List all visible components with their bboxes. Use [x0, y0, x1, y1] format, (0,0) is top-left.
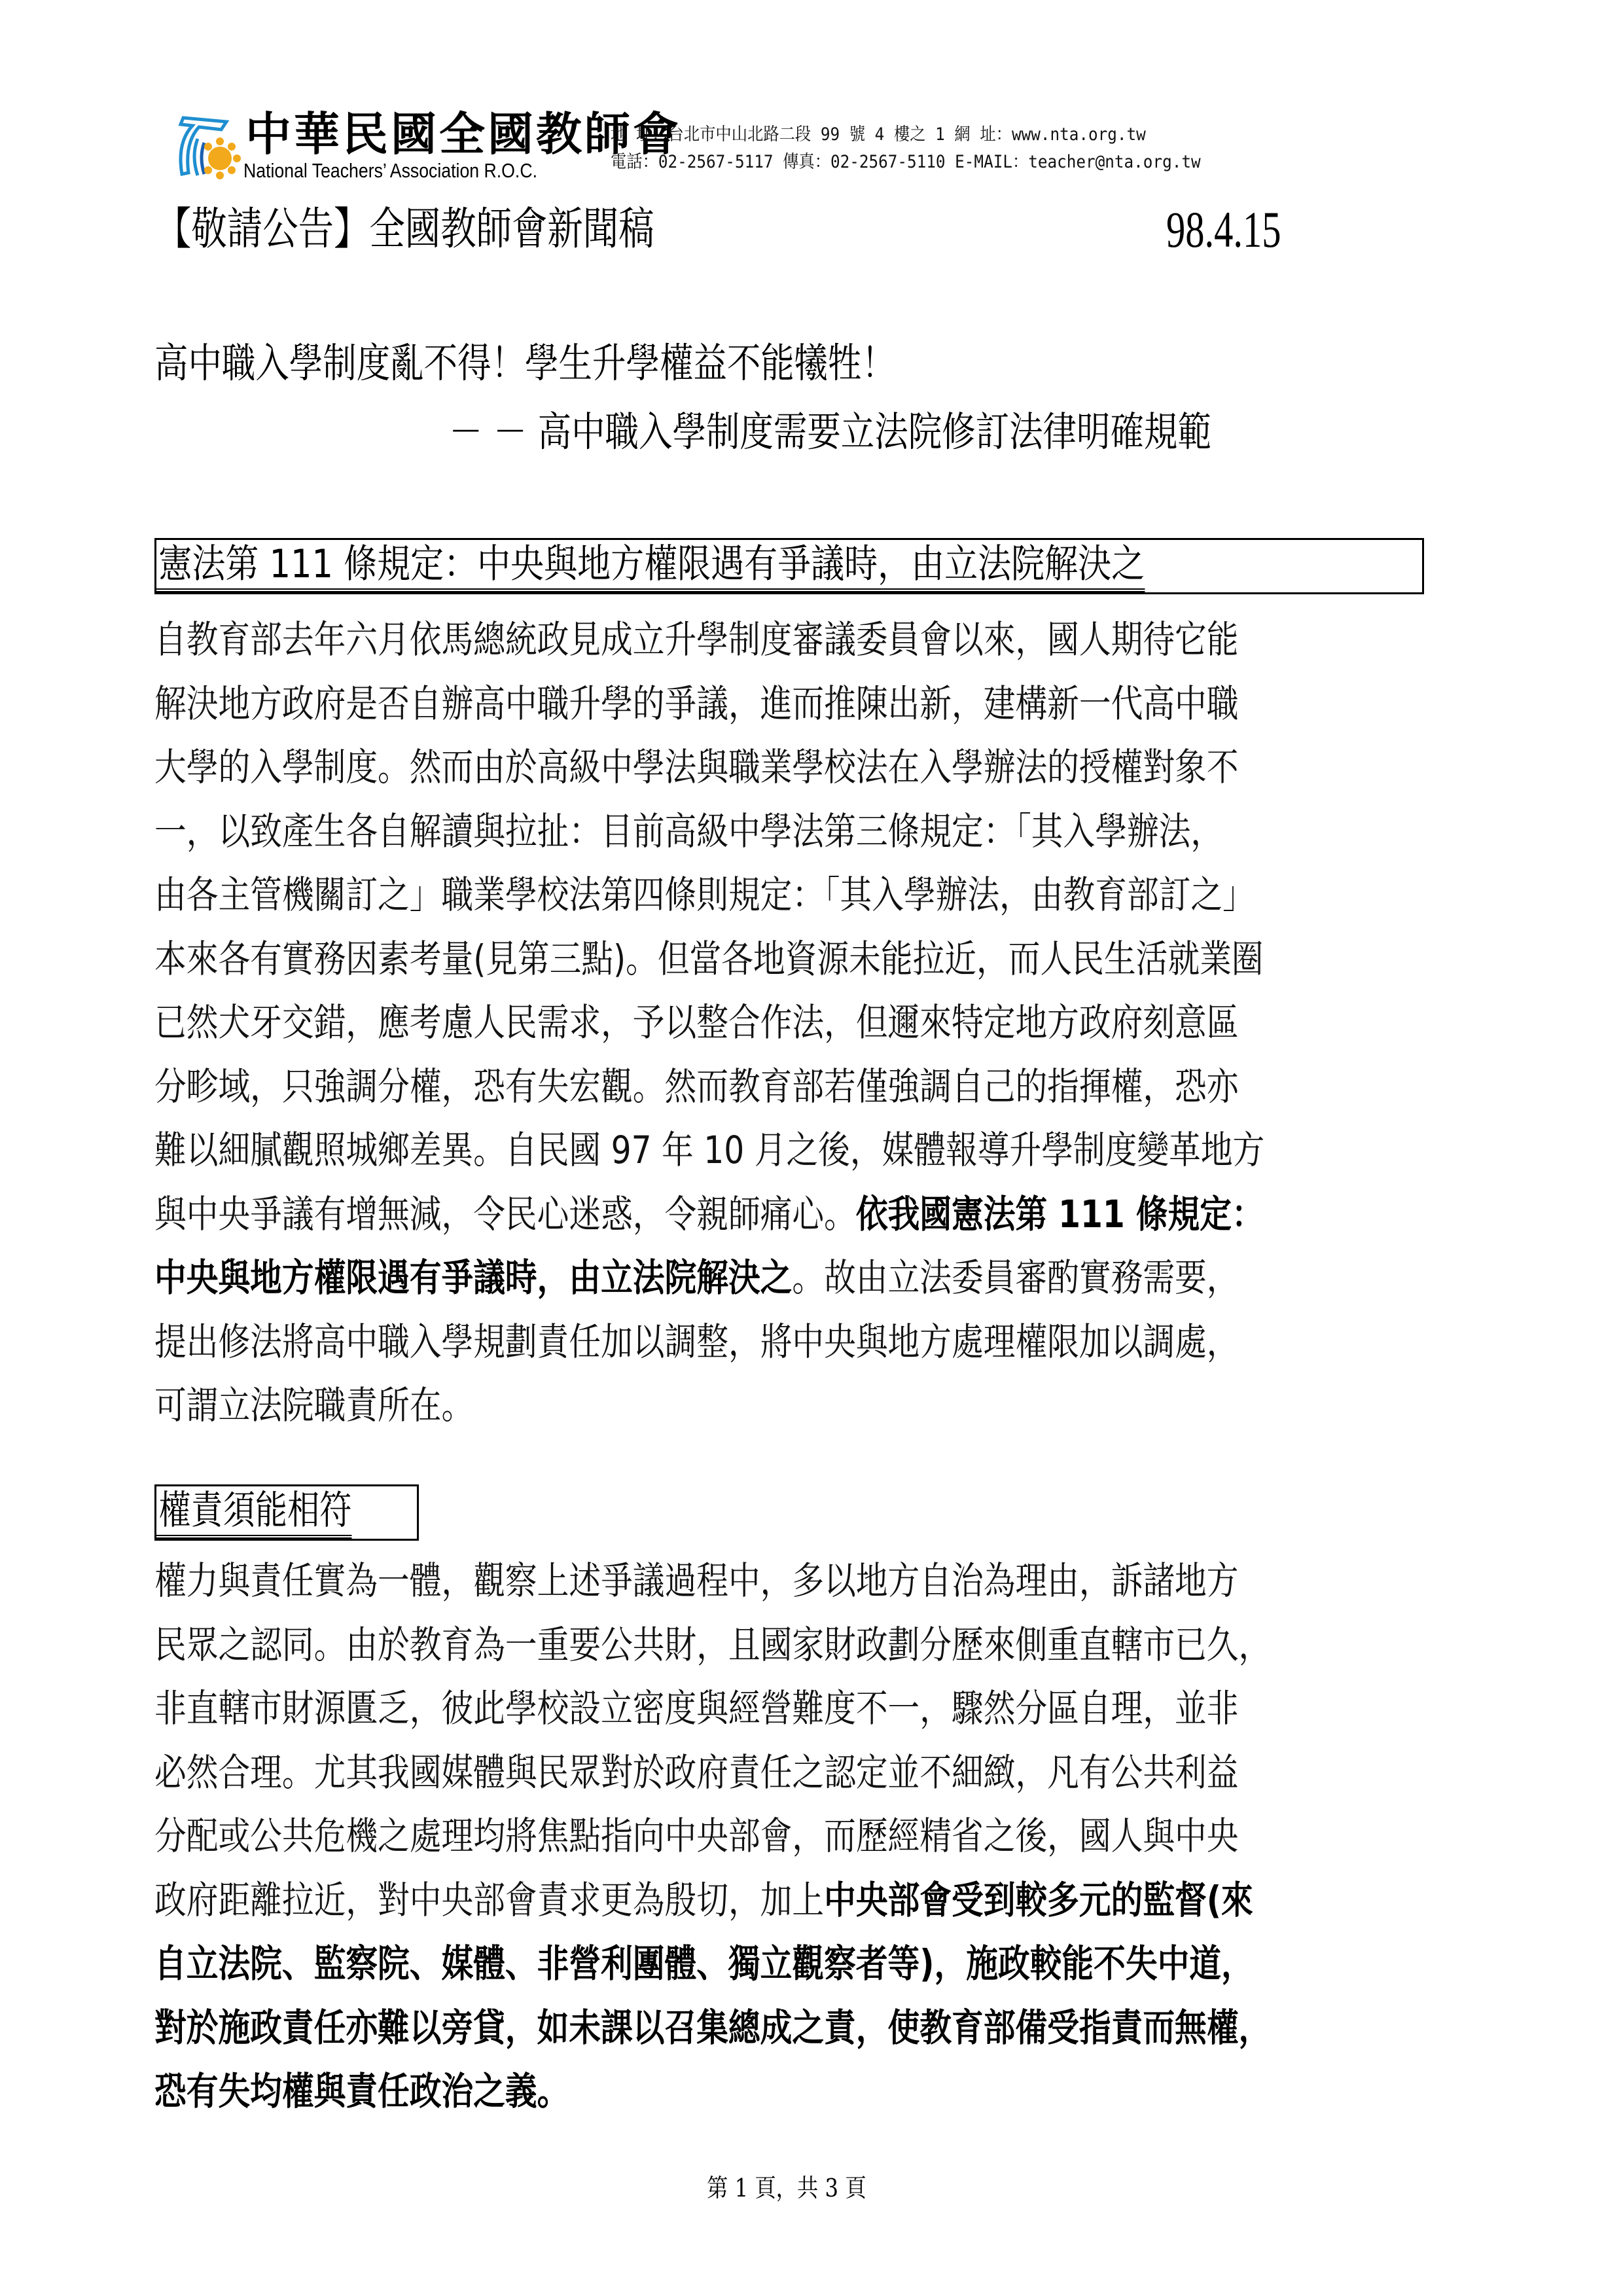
emphasized-text: 依我國憲法第 111 條規定： [856, 1192, 1264, 1236]
body-text: 分畛域，只強調分權，恐有失宏觀。然而教育部若僅強調自己的指揮權，恐亦 [154, 1064, 1238, 1109]
headline: 高中職入學制度亂不得！學生升學權益不能犧牲！ [154, 337, 895, 389]
paragraph-line: 權力與責任實為一體，觀察上述爭議過程中，多以地方自治為理由，訴諸地方 [154, 1558, 1238, 1604]
paragraph-line: 大學的入學制度。然而由於高級中學法與職業學校法在入學辦法的授權對象不 [154, 744, 1238, 790]
body-text: 非直轄市財源匱乏，彼此學校設立密度與經營難度不一，驟然分區自理，並非 [154, 1686, 1238, 1731]
announcement-date: 98.4.15 [1166, 200, 1281, 259]
body-text: 由各主管機關訂之」職業學校法第四條則規定：「其入學辦法，由教育部訂之」 [154, 872, 1255, 917]
paragraph-line: 難以細膩觀照城鄉差異。自民國 97 年 10 月之後，媒體報導升學制度變革地方 [154, 1127, 1264, 1173]
paragraph-line: 分配或公共危機之處理均將焦點指向中央部會，而歷經精省之後，國人與中央 [154, 1813, 1238, 1859]
section-heading-text: 憲法第 111 條規定：中央與地方權限遇有爭議時，由立法院解決之 [156, 540, 1145, 592]
paragraph-line: 已然犬牙交錯，應考慮人民需求，予以整合作法，但邇來特定地方政府刻意區 [154, 999, 1238, 1045]
section-heading-responsibility: 權責須能相符 [154, 1484, 419, 1541]
paragraph-line: 分畛域，只強調分權，恐有失宏觀。然而教育部若僅強調自己的指揮權，恐亦 [154, 1064, 1238, 1109]
paragraph-line: 自立法院、監察院、媒體、非營利團體、獨立觀察者等)，施政較能不失中道， [154, 1941, 1253, 1986]
body-text: 一，以致產生各自解讀與拉扯：目前高級中學法第三條規定：「其入學辦法， [154, 809, 1222, 853]
paragraph-line: 政府距離拉近，對中央部會責求更為殷切，加上中央部會受到較多元的監督(來 [154, 1877, 1253, 1923]
body-text: 必然合理。尤其我國媒體與民眾對於政府責任之認定並不細緻，凡有公共利益 [154, 1750, 1238, 1795]
body-text: 提出修法將高中職入學規劃責任加以調整，將中央與地方處理權限加以調處， [154, 1319, 1238, 1364]
org-name-english: National Teachers’ Association R.O.C. [243, 159, 537, 183]
emphasized-text: 中央與地方權限遇有爭議時，由立法院解決之 [154, 1255, 792, 1300]
paragraph-line: 恐有失均權與責任政治之義。 [154, 2068, 569, 2114]
body-text: 政府距離拉近，對中央部會責求更為殷切，加上 [154, 1878, 824, 1922]
emphasized-text: 自立法院、監察院、媒體、非營利團體、獨立觀察者等)，施政較能不失中道， [154, 1941, 1253, 1986]
page-indicator: 第 1 頁，共 3 頁 [707, 2173, 866, 2203]
contact-address-website: 地 址：台北市中山北路二段 99 號 4 樓之 1 網 址：www.nta.or… [611, 123, 1146, 147]
paragraph-line: 必然合理。尤其我國媒體與民眾對於政府責任之認定並不細緻，凡有公共利益 [154, 1749, 1238, 1795]
body-text: 分配或公共危機之處理均將焦點指向中央部會，而歷經精省之後，國人與中央 [154, 1814, 1238, 1858]
emphasized-text: 中央部會受到較多元的監督(來 [824, 1878, 1253, 1922]
paragraph-line: 對於施政責任亦難以旁貸，如未課以召集總成之責，使教育部備受指責而無權， [154, 2005, 1270, 2051]
paragraph-line: 由各主管機關訂之」職業學校法第四條則規定：「其入學辦法，由教育部訂之」 [154, 872, 1255, 918]
body-text: 已然犬牙交錯，應考慮人民需求，予以整合作法，但邇來特定地方政府刻意區 [154, 1000, 1238, 1045]
body-text: 。故由立法委員審酌實務需要， [792, 1255, 1238, 1300]
paragraph-line: 非直轄市財源匱乏，彼此學校設立密度與經營難度不一，驟然分區自理，並非 [154, 1685, 1238, 1731]
body-text: 民眾之認同。由於教育為一重要公共財，且國家財政劃分歷來側重直轄市已久， [154, 1623, 1270, 1667]
paragraph-line: 本來各有實務因素考量(見第三點)。但當各地資源未能拉近，而人民生活就業圈 [154, 936, 1264, 982]
body-text: 本來各有實務因素考量(見第三點)。但當各地資源未能拉近，而人民生活就業圈 [154, 937, 1264, 981]
nta-logo-icon [169, 110, 241, 182]
body-text: 可謂立法院職責所在。 [154, 1383, 473, 1427]
announcement-title: 【敬請公告】全國教師會新聞稿 [156, 200, 654, 259]
paragraph-line: 自教育部去年六月依馬總統政見成立升學制度審議委員會以來，國人期待它能 [154, 617, 1238, 662]
contact-phone-fax-email: 電話：02-2567-5117 傳真：02-2567-5110 E-MAIL：t… [611, 151, 1201, 174]
section-heading-text: 權責須能相符 [156, 1486, 351, 1539]
paragraph-line: 與中央爭議有增無減，令民心迷惑，令親師痛心。依我國憲法第 111 條規定： [154, 1191, 1264, 1237]
emphasized-text: 對於施政責任亦難以旁貸，如未課以召集總成之責，使教育部備受指責而無權， [154, 2005, 1270, 2050]
paragraph-line: 解決地方政府是否自辦高中職升學的爭議，進而推陳出新，建構新一代高中職 [154, 681, 1238, 726]
emphasized-text: 恐有失均權與責任政治之義。 [154, 2069, 569, 2113]
body-text: 與中央爭議有增無減，令民心迷惑，令親師痛心。 [154, 1192, 856, 1236]
paragraph-line: 民眾之認同。由於教育為一重要公共財，且國家財政劃分歷來側重直轄市已久， [154, 1622, 1270, 1668]
subheadline: － － 高中職入學制度需要立法院修訂法律明確規範 [449, 406, 1211, 458]
body-text: 大學的入學制度。然而由於高級中學法與職業學校法在入學辦法的授權對象不 [154, 745, 1238, 789]
paragraph-line: 一，以致產生各自解讀與拉扯：目前高級中學法第三條規定：「其入學辦法， [154, 808, 1222, 854]
body-text: 自教育部去年六月依馬總統政見成立升學制度審議委員會以來，國人期待它能 [154, 617, 1238, 662]
body-text: 解決地方政府是否自辦高中職升學的爭議，進而推陳出新，建構新一代高中職 [154, 681, 1238, 726]
section-heading-constitution: 憲法第 111 條規定：中央與地方權限遇有爭議時，由立法院解決之 [154, 538, 1424, 594]
body-text: 難以細膩觀照城鄉差異。自民國 97 年 10 月之後，媒體報導升學制度變革地方 [154, 1128, 1264, 1172]
paragraph-line: 中央與地方權限遇有爭議時，由立法院解決之。故由立法委員審酌實務需要， [154, 1255, 1239, 1300]
paragraph-line: 提出修法將高中職入學規劃責任加以調整，將中央與地方處理權限加以調處， [154, 1319, 1238, 1365]
paragraph-line: 可謂立法院職責所在。 [154, 1382, 473, 1428]
body-text: 權力與責任實為一體，觀察上述爭議過程中，多以地方自治為理由，訴諸地方 [154, 1558, 1238, 1603]
